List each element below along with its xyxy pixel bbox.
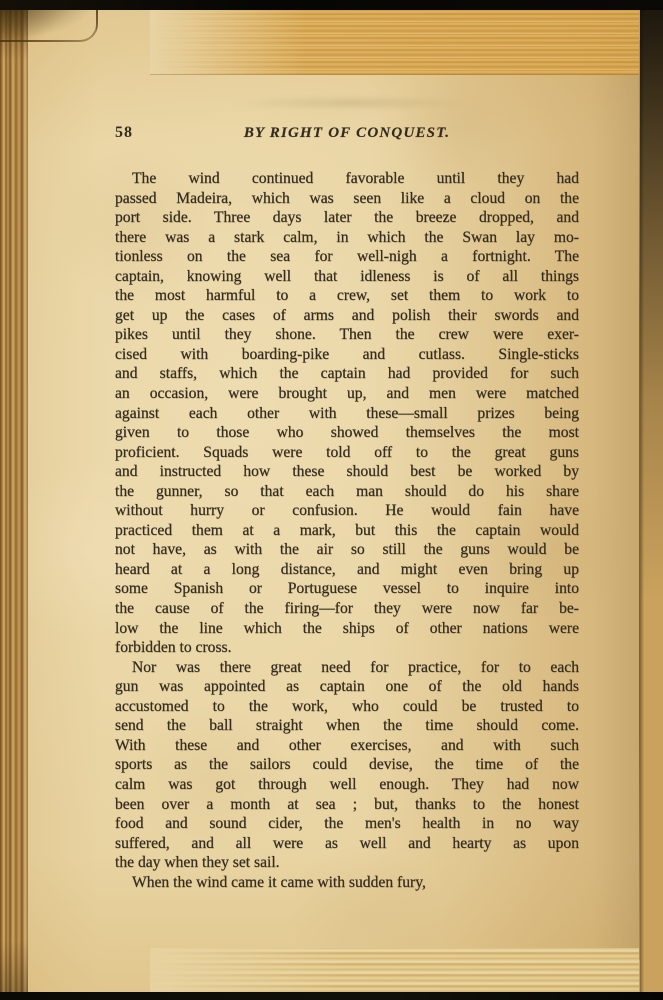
text-line: passed Madeira, which was seen like a cl… [115,189,579,209]
text-line: not have, as with the air so still the g… [115,540,579,560]
running-title: BY RIGHT OF CONQUEST. [115,125,579,142]
paragraph: Nor was there great need for practice, f… [115,658,579,873]
text-line: been over a month at sea ; but, thanks t… [115,795,579,815]
text-line: With these and other exercises, and with… [115,736,579,756]
text-line: the day when they set sail. [115,853,579,873]
text-line: and staffs, which the captain had provid… [115,364,579,384]
text-line: get up the cases of arms and polish thei… [115,306,579,326]
text-line: against each other with these—small priz… [115,404,579,424]
text-line: tionless on the sea for well-nigh a fort… [115,247,579,267]
body-text: The wind continued favorable until they … [115,169,579,892]
text-line: the cause of the firing—for they were no… [115,599,579,619]
text-line: pikes until they shone. Then the crew we… [115,325,579,345]
text-line: suffered, and all were as well and heart… [115,834,579,854]
text-line: forbidden to cross. [115,638,579,658]
text-line: accustomed to the work, who could be tru… [115,697,579,717]
text-line: proficient. Squads were told off to the … [115,443,579,463]
text-line: When the wind came it came with sudden f… [115,873,579,893]
paragraph: When the wind came it came with sudden f… [115,873,579,893]
paragraph: The wind continued favorable until they … [115,169,579,658]
page-header: 58 BY RIGHT OF CONQUEST. [115,124,579,146]
text-line: heard at a long distance, and might even… [115,560,579,580]
printed-content: 58 BY RIGHT OF CONQUEST. The wind contin… [0,0,663,1000]
text-line: The wind continued favorable until they … [115,169,579,189]
text-line: the gunner, so that each man should do h… [115,482,579,502]
text-line: send the ball straight when the time sho… [115,716,579,736]
text-line: calm was got through well enough. They h… [115,775,579,795]
text-line: captain, knowing well that idleness is o… [115,267,579,287]
text-line: some Spanish or Portuguese vessel to inq… [115,579,579,599]
text-line: gun was appointed as captain one of the … [115,677,579,697]
text-line: the most harmful to a crew, set them to … [115,286,579,306]
text-line: port side. Three days later the breeze d… [115,208,579,228]
text-line: and instructed how these should best be … [115,462,579,482]
text-line: Nor was there great need for practice, f… [115,658,579,678]
text-line: low the line which the ships of other na… [115,619,579,639]
text-line: given to those who showed themselves the… [115,423,579,443]
text-line: without hurry or confusion. He would fai… [115,501,579,521]
text-line: practiced them at a mark, but this the c… [115,521,579,541]
text-line: an occasion, were brought up, and men we… [115,384,579,404]
text-line: cised with boarding-pike and cutlass. Si… [115,345,579,365]
text-line: there was a stark calm, in which the Swa… [115,228,579,248]
text-line: sports as the sailors could devise, the … [115,755,579,775]
text-line: food and sound cider, the men's health i… [115,814,579,834]
book-photo: 58 BY RIGHT OF CONQUEST. The wind contin… [0,0,663,1000]
